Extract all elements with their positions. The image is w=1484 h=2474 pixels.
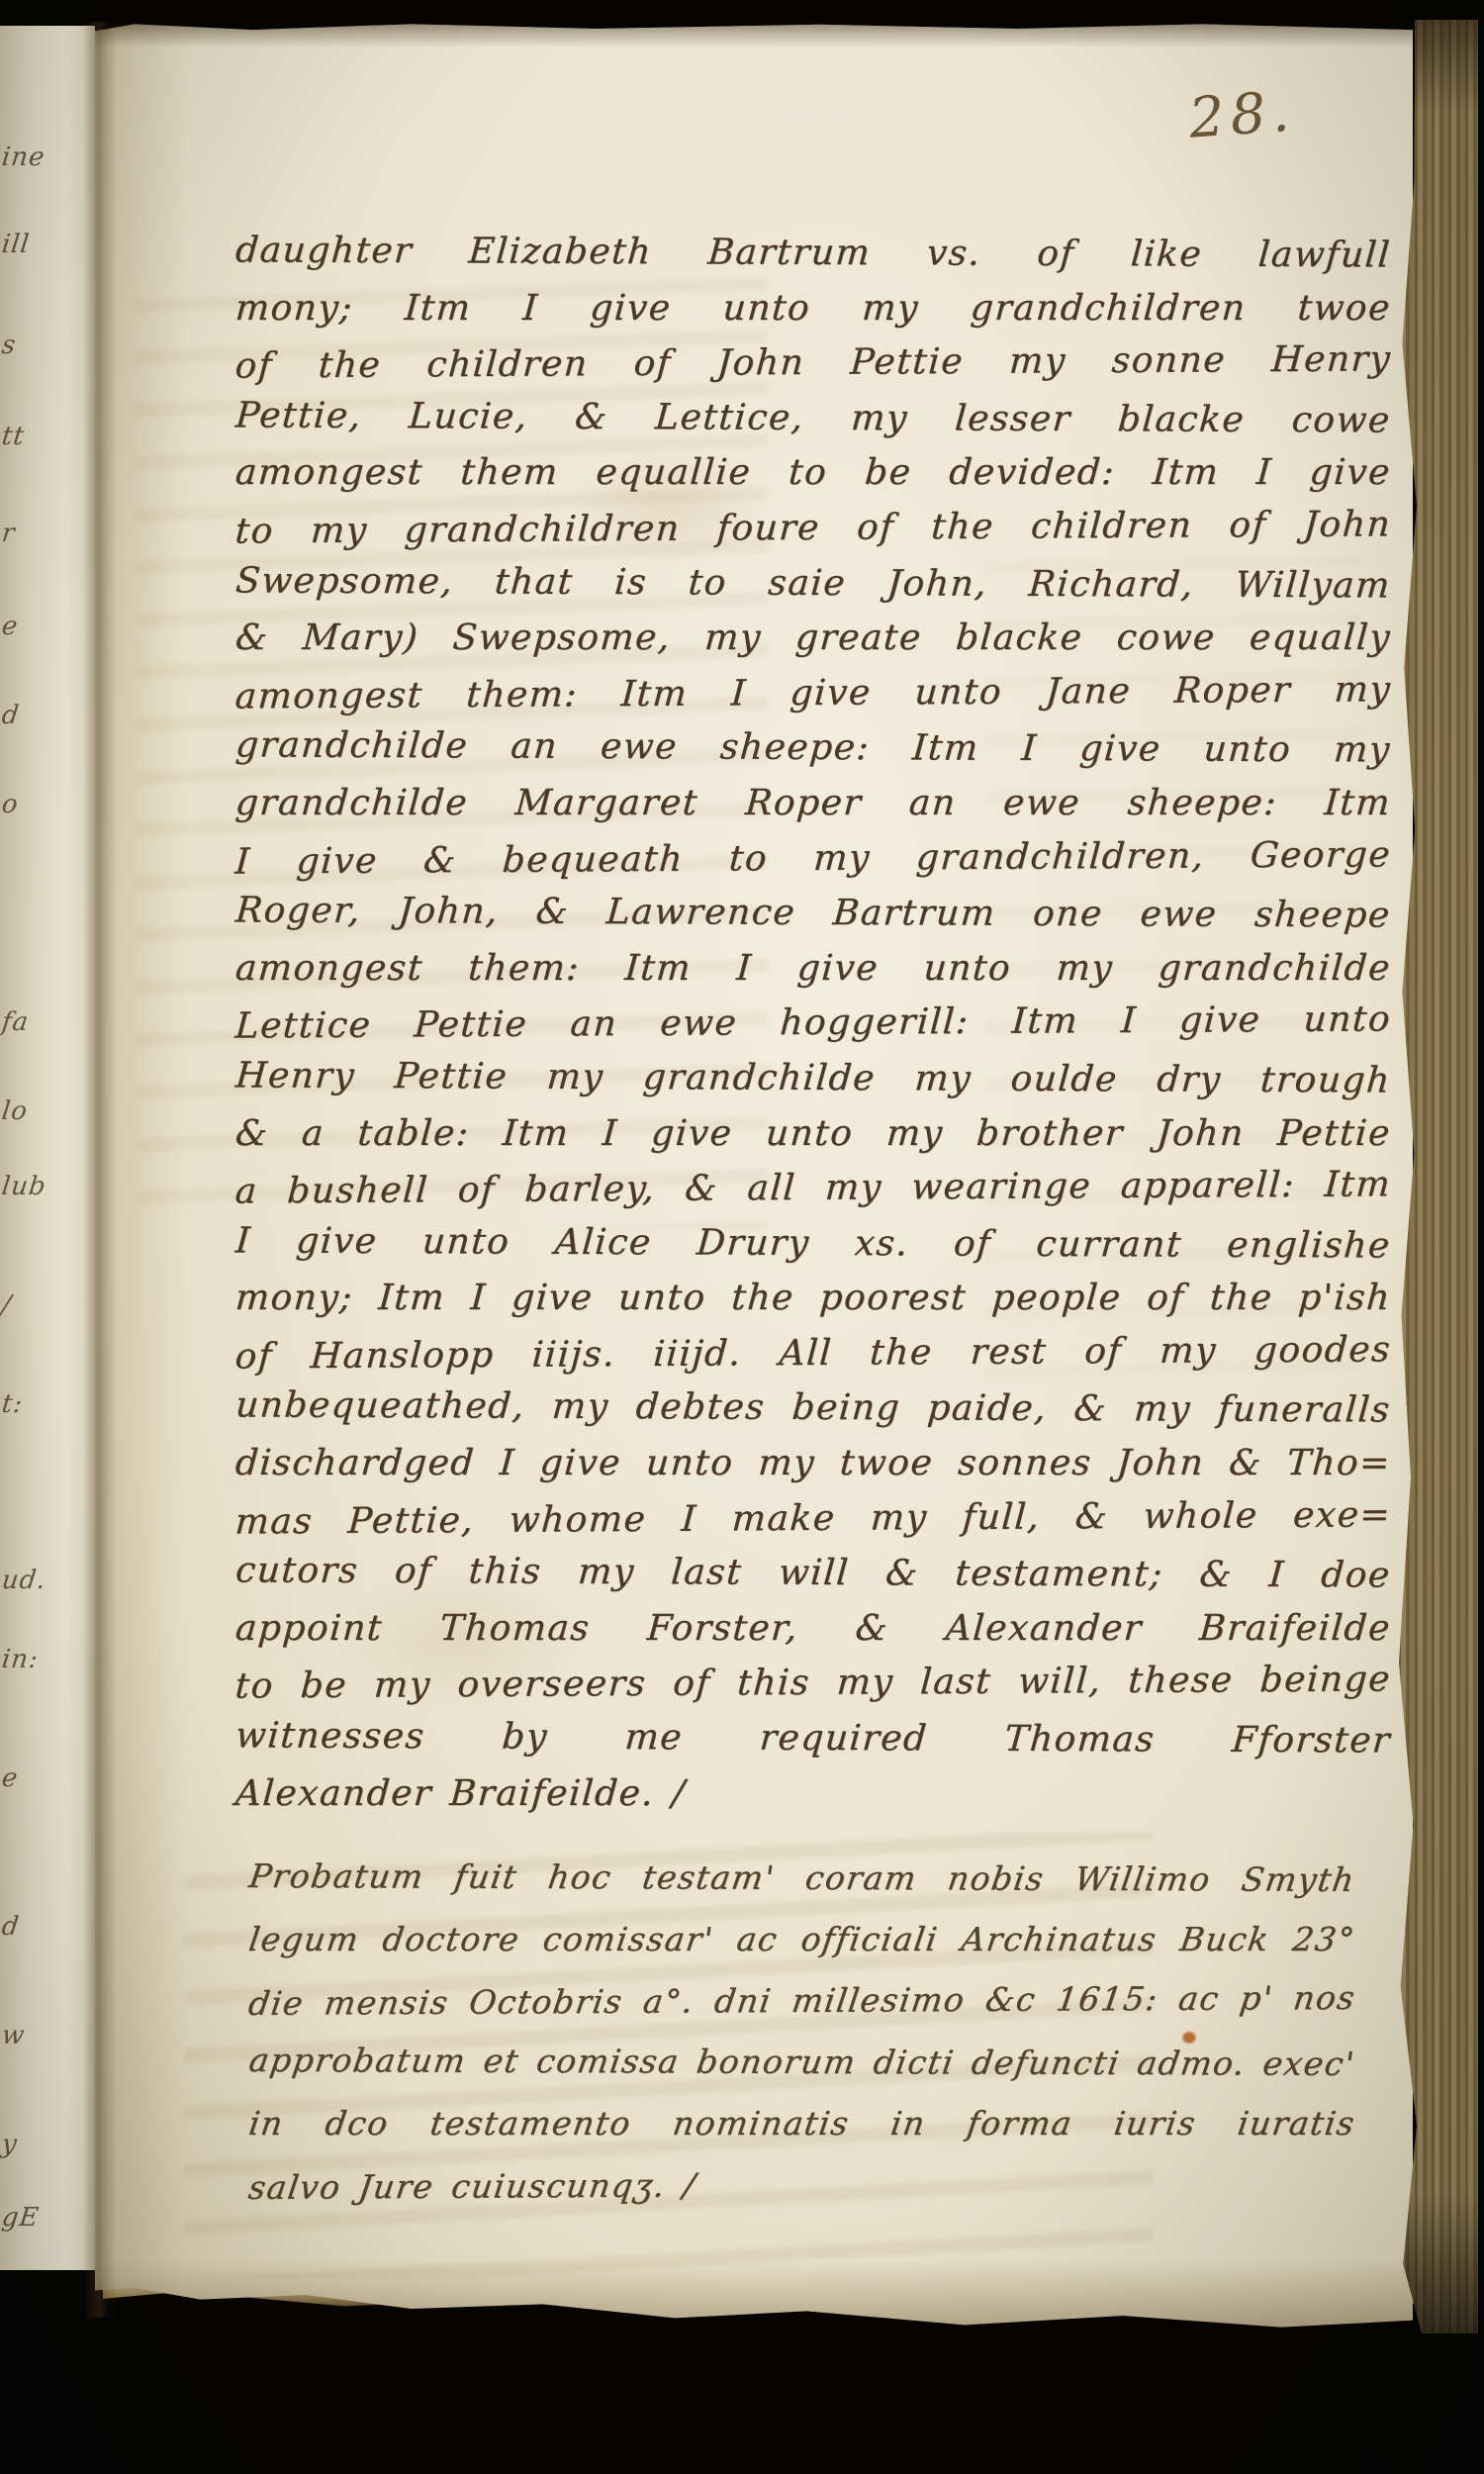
word: whome: [508, 1499, 647, 1541]
word: iiijd.: [652, 1334, 743, 1376]
word: comissa: [534, 2042, 683, 2081]
word: Lucie,: [408, 396, 530, 437]
word: defuncti: [970, 2043, 1123, 2082]
word: Henry: [1270, 339, 1393, 381]
word: greate: [794, 618, 924, 658]
word: John,: [397, 892, 500, 932]
word: the: [1209, 1279, 1274, 1319]
word: them: [459, 453, 560, 494]
word: dicti: [871, 2043, 957, 2081]
word: hoggerill:: [779, 1002, 971, 1044]
edge-text-fragment: lub: [0, 1172, 47, 1201]
word: doe: [1320, 1556, 1393, 1596]
word: to: [233, 1666, 275, 1707]
manuscript-line: appointThomasForster,&AlexanderBraifeild…: [233, 1601, 1393, 1657]
word: a: [301, 1113, 326, 1154]
word: give: [1308, 453, 1392, 494]
word: this: [736, 1664, 811, 1704]
word: Roper: [744, 783, 864, 823]
word: trough: [1259, 1060, 1393, 1101]
word: sheepe:: [1126, 783, 1278, 823]
word: &: [1228, 1443, 1263, 1483]
word: unto: [1302, 999, 1392, 1041]
word: grandchildren: [404, 509, 682, 551]
word: my: [551, 1387, 611, 1428]
manuscript-line: Swepsome,thatistosaieJohn,Richard,Willya…: [233, 553, 1393, 614]
word: ac: [1176, 1978, 1222, 2017]
manuscript-line: Igive&bequeathtomygrandchildren,George: [233, 827, 1393, 890]
word: et: [481, 2041, 521, 2079]
word: one: [1032, 894, 1105, 934]
word: rest: [969, 1332, 1048, 1373]
manuscript-line: HenryPettiemygrandchildemyouldedrytrough: [233, 1048, 1393, 1108]
word: Elizabeth: [467, 232, 653, 273]
word: debtes: [634, 1387, 767, 1429]
word: &: [684, 1169, 719, 1209]
word: my: [885, 1113, 945, 1154]
word: Smyth: [1239, 1859, 1357, 1898]
word: Bartrum: [706, 233, 873, 274]
manuscript-line: dischardgedIgiveuntomytwoesonnesJohn&Tho…: [233, 1436, 1393, 1491]
word: Lawrence: [604, 893, 796, 934]
word: ewe: [1139, 895, 1219, 935]
word: die: [246, 1983, 307, 2022]
word: 23°: [1290, 1920, 1357, 1958]
edge-text-fragment: tt: [0, 422, 27, 451]
word: make: [731, 1498, 837, 1540]
manuscript-page: 28. daughterElizabethBartrumvs.oflikelaw…: [95, 22, 1413, 2330]
word: All: [778, 1333, 833, 1374]
probate-line: indcotestamentonominatisinformaiurisiura…: [245, 2092, 1360, 2153]
page-bottom-shadow: [95, 2260, 1413, 2330]
word: last: [670, 1553, 744, 1593]
word: mony;: [234, 288, 355, 329]
probate-line: Probatumfuithoctestam'coramnobisWillimoS…: [245, 1845, 1359, 1910]
manuscript-line: mony;ItmIgiveuntomygrandchildrentwoe: [233, 281, 1393, 336]
word: the: [318, 345, 383, 386]
word: iiijs.: [530, 1334, 616, 1376]
word: testam': [640, 1857, 778, 1896]
word: wearinge: [910, 1167, 1093, 1208]
word: mas: [233, 1501, 314, 1542]
word: Itm: [377, 1279, 446, 1319]
word: Lettice: [233, 1005, 372, 1047]
word: in: [246, 2104, 286, 2142]
word: these: [1127, 1661, 1235, 1702]
word: give: [538, 1443, 622, 1483]
word: cuiuscunqʒ.: [449, 2165, 669, 2205]
word: Itm: [1323, 1165, 1392, 1205]
word: &: [534, 892, 571, 932]
word: bushell: [286, 1171, 429, 1212]
word: ewe: [659, 1003, 739, 1044]
word: &: [1073, 1496, 1109, 1537]
edge-text-fragment: /: [0, 1290, 13, 1320]
word: exe=: [1292, 1494, 1393, 1536]
manuscript-line: &atable:ItmIgiveuntomybrotherJohnPettie: [233, 1106, 1393, 1162]
word: bequeath: [501, 839, 685, 881]
word: I: [233, 841, 251, 882]
word: Itm: [1323, 783, 1392, 823]
page-number: 28.: [1187, 79, 1297, 150]
probate-line: salvoJurecuiuscunqʒ./: [244, 2150, 1359, 2218]
word: poorest: [818, 1279, 968, 1319]
word: I: [1120, 1001, 1138, 1042]
word: coram: [803, 1858, 920, 1897]
word: 1615:: [1055, 1979, 1161, 2019]
word: witnesses: [234, 1716, 427, 1758]
word: of: [1146, 1279, 1186, 1319]
word: Octobris: [467, 1981, 625, 2021]
edge-text-fragment: d: [0, 701, 21, 730]
word: the: [930, 507, 995, 547]
word: Pettie: [393, 1056, 510, 1096]
word: forma: [965, 2104, 1075, 2142]
word: Jure: [356, 2166, 436, 2205]
edge-text-fragment: gE: [0, 2203, 41, 2233]
word: I: [469, 1279, 488, 1319]
word: my: [1333, 669, 1392, 710]
manuscript-line: witnessesbymerequiredThomasFforster: [233, 1708, 1393, 1768]
word: my: [1159, 1331, 1218, 1372]
word: doctore: [380, 1920, 522, 1958]
word: I: [521, 288, 540, 329]
word: amongest: [234, 948, 425, 989]
word: Braifeilde.: [448, 1773, 655, 1814]
word: to: [233, 512, 275, 552]
word: foure: [715, 508, 821, 549]
word: dco: [323, 2104, 391, 2142]
word: of: [233, 346, 274, 387]
word: my: [836, 1663, 895, 1703]
word: an: [907, 783, 958, 823]
edge-text-fragment: d: [0, 1912, 21, 1942]
word: hoc: [546, 1857, 615, 1896]
edge-text-fragment: o: [0, 790, 20, 819]
word: fuit: [452, 1856, 520, 1895]
word: salvo: [246, 2167, 344, 2206]
word: /: [671, 1773, 688, 1814]
word: englishe: [1226, 1225, 1393, 1267]
edge-text-fragment: y: [0, 2130, 19, 2159]
word: unbequeathed,: [234, 1385, 527, 1427]
word: of: [632, 343, 673, 384]
word: by: [501, 1717, 549, 1758]
word: unto: [1202, 729, 1293, 770]
word: mensis: [323, 1982, 452, 2022]
word: Roger,: [234, 891, 363, 932]
word: unto: [765, 1113, 855, 1154]
word: testament;: [954, 1554, 1164, 1595]
manuscript-line: masPettie,whomeImakemyfull,&wholeexe=: [233, 1487, 1393, 1550]
word: give: [295, 841, 379, 883]
word: &: [234, 1113, 270, 1154]
word: my: [545, 1057, 605, 1097]
word: saie: [767, 563, 848, 604]
manuscript-line: &Mary)Swepsome,mygreateblackecoweequally: [233, 611, 1393, 666]
word: &c: [983, 1979, 1039, 2018]
word: Itm: [911, 728, 980, 769]
word: ac: [734, 1920, 781, 1958]
word: amongest: [233, 675, 423, 716]
word: ewe: [1002, 783, 1082, 823]
manuscript-line: grandchildeMargaretRoperanewesheepe:Itm: [233, 776, 1393, 831]
word: a: [233, 1172, 259, 1212]
word: them:: [465, 674, 579, 715]
word: beinge: [1258, 1660, 1392, 1701]
word: dni: [712, 1981, 775, 2020]
word: Alice: [553, 1222, 653, 1263]
word: blacke: [1116, 399, 1246, 440]
gutter-crease: [83, 22, 117, 2318]
manuscript-line: Roger,John,&LawrenceBartrumoneewesheepe: [233, 884, 1393, 944]
word: cutors: [234, 1551, 360, 1592]
word: I: [234, 1220, 253, 1261]
word: that: [494, 561, 576, 602]
word: I: [730, 673, 748, 714]
manuscript-line: tomygrandchildrenfoureofthechildrenofJoh…: [233, 497, 1393, 559]
manuscript-photo: ineillsttredofalolub/t:ud.in:edwygE 28. …: [0, 0, 1484, 2474]
word: a°.: [641, 1981, 696, 2020]
word: brother: [975, 1113, 1125, 1154]
word: &: [884, 1554, 921, 1594]
edge-text-fragment: ud.: [0, 1566, 47, 1595]
word: twoe: [839, 1443, 935, 1483]
word: Archinatus: [959, 1920, 1159, 1958]
word: my: [812, 837, 872, 878]
manuscript-line: mony;ItmIgiveuntothepoorestpeopleofthep'…: [233, 1271, 1393, 1326]
word: sheepe: [1253, 895, 1393, 936]
word: Itm: [502, 1113, 571, 1154]
manuscript-line: amongestthem:ItmIgiveuntoJaneRopermy: [233, 662, 1393, 724]
manuscript-line: amongestthem:ItmIgiveuntomygrandchilde: [233, 941, 1393, 997]
word: full,: [962, 1497, 1042, 1538]
word: Willyam: [1234, 565, 1392, 607]
word: give: [1078, 729, 1162, 770]
manuscript-line: Pettie,Lucie,&Lettice,mylesserblackecowe: [233, 388, 1393, 448]
word: twoe: [1296, 288, 1392, 329]
word: grandchilde: [234, 725, 470, 767]
word: my: [577, 1553, 637, 1593]
manuscript-line: AlexanderBraifeilde./: [233, 1766, 1393, 1822]
word: Roper: [1173, 670, 1293, 712]
word: apparell:: [1120, 1165, 1297, 1206]
word: millesimo: [789, 1980, 968, 2020]
word: sheepe:: [719, 727, 872, 769]
word: unto: [617, 1279, 707, 1319]
word: being: [790, 1388, 902, 1429]
word: lesser: [954, 399, 1072, 440]
manuscript-line: tobemyoverseersofthismylastwill,thesebei…: [233, 1653, 1393, 1715]
word: I: [602, 1113, 620, 1154]
manuscript-line: amongestthemequallietobedevided:ItmIgive: [233, 445, 1393, 501]
edge-text-fragment: t:: [0, 1389, 25, 1419]
word: ewe: [600, 727, 680, 768]
word: sonnes: [957, 1443, 1093, 1483]
manuscript-line: unbequeathed,mydebtesbeingpaide,&myfuner…: [233, 1379, 1393, 1439]
word: I: [1255, 453, 1274, 494]
manuscript-line: IgiveuntoAliceDruryxs.ofcurrantenglishe: [233, 1213, 1393, 1274]
page-top-shadow: [95, 22, 1413, 48]
manuscript-line: LetticePettieanewehoggerill:ItmIgiveunto: [233, 993, 1393, 1055]
word: unto: [645, 1443, 735, 1483]
word: my: [1008, 341, 1067, 382]
word: nos: [1291, 1978, 1358, 2017]
word: &: [1072, 1389, 1109, 1430]
probate-line: approbatumetcomissabonorumdictidefunctia…: [245, 2029, 1359, 2094]
word: Itm: [1011, 1001, 1080, 1042]
word: Pettie: [1276, 1113, 1393, 1154]
word: Fforster: [1231, 1720, 1393, 1761]
word: equally: [1249, 618, 1393, 658]
word: my: [310, 511, 369, 551]
word: this: [467, 1552, 543, 1592]
word: devided:: [948, 453, 1117, 494]
word: an: [569, 1004, 618, 1045]
word: to: [728, 838, 770, 879]
word: George: [1249, 834, 1392, 876]
word: oulde: [1009, 1059, 1119, 1099]
word: Thomas: [1003, 1719, 1157, 1760]
word: give: [650, 1113, 734, 1154]
word: Alexander: [234, 1773, 434, 1814]
word: cowe: [1115, 618, 1217, 658]
word: Swepsome,: [234, 560, 455, 602]
word: Lettice,: [654, 397, 806, 438]
word: Pettie,: [234, 396, 364, 437]
word: give: [589, 288, 673, 329]
word: them:: [467, 948, 582, 989]
word: overseers: [456, 1665, 647, 1706]
word: give: [788, 673, 873, 714]
word: Itm: [623, 948, 693, 989]
manuscript-line: daughterElizabethBartrumvs.oflikelawfull: [233, 223, 1393, 283]
edge-text-fragment: lo: [0, 1096, 30, 1126]
word: my: [913, 1059, 974, 1099]
word: legum: [246, 1920, 362, 1958]
edge-text-fragment: w: [0, 2021, 27, 2050]
word: John: [1302, 505, 1392, 546]
word: my: [1055, 948, 1114, 989]
word: &: [422, 840, 458, 881]
word: Henry: [234, 1056, 357, 1097]
edge-text-fragment: ill: [0, 230, 32, 259]
word: paide,: [926, 1388, 1049, 1430]
word: Swepsome,: [451, 618, 672, 658]
word: grandchildren,: [915, 835, 1206, 878]
word: of: [1036, 234, 1076, 274]
word: Richard,: [1027, 564, 1195, 606]
word: Forster,: [646, 1608, 800, 1649]
word: funeralls: [1217, 1390, 1393, 1432]
word: my: [870, 1497, 929, 1538]
word: grandchildren: [970, 288, 1248, 329]
word: Bartrum: [831, 894, 997, 935]
word: of: [394, 1552, 434, 1592]
word: of: [953, 1224, 993, 1265]
word: of: [233, 1337, 274, 1378]
word: /: [681, 2165, 698, 2204]
word: blacke: [955, 618, 1084, 658]
word: bonorum: [695, 2042, 859, 2081]
word: exec': [1260, 2044, 1357, 2082]
word: grandchilde: [1157, 948, 1392, 989]
probate-line: legumdoctorecomissar'acofficialiArchinat…: [245, 1908, 1360, 1969]
word: whole: [1142, 1495, 1259, 1537]
probate-line: diemensisOctobrisa°.dnimillesimo&c1615:a…: [244, 1966, 1359, 2034]
word: children: [425, 344, 590, 386]
word: an: [510, 726, 560, 767]
word: Hanslopp: [309, 1335, 495, 1377]
word: I: [1020, 729, 1039, 770]
manuscript-line: cutorsofthismylastwill&testament;&Idoe: [233, 1544, 1393, 1604]
word: Pettie,: [346, 1500, 475, 1542]
word: Alexander: [944, 1608, 1144, 1649]
word: my: [861, 288, 920, 329]
word: barley,: [523, 1169, 657, 1210]
word: Buck: [1177, 1920, 1271, 1958]
word: goodes: [1253, 1330, 1393, 1372]
word: p': [1238, 1978, 1276, 2017]
word: give: [1178, 1000, 1262, 1042]
word: testamento: [428, 2104, 634, 2142]
word: all: [746, 1168, 797, 1208]
word: my: [373, 1665, 432, 1706]
probate-clause-block: Probatumfuithoctestam'coramnobisWillimoS…: [249, 1847, 1355, 2215]
word: table:: [356, 1113, 471, 1154]
word: admo.: [1135, 2044, 1249, 2082]
word: equallie: [595, 453, 753, 494]
word: Braifeilde: [1198, 1608, 1393, 1649]
word: dischardged: [234, 1443, 477, 1483]
word: officiali: [798, 1920, 941, 1958]
word: Margaret: [513, 783, 699, 823]
word: daughter: [234, 231, 415, 272]
word: lawfull: [1256, 235, 1392, 276]
word: will,: [1017, 1662, 1103, 1703]
manuscript-line: grandchildeanewesheepe:ItmIgiveuntomy: [233, 718, 1393, 779]
word: of: [856, 508, 896, 548]
word: &: [234, 618, 270, 658]
word: currant: [1035, 1224, 1183, 1266]
edge-text-fragment: s: [0, 331, 18, 360]
word: the: [869, 1332, 934, 1373]
word: of: [672, 1664, 712, 1704]
word: give: [795, 948, 880, 989]
word: required: [758, 1718, 929, 1760]
word: nominatis: [671, 2104, 853, 2142]
word: Itm: [620, 674, 690, 714]
word: unto: [420, 1221, 511, 1262]
word: I: [1267, 1556, 1286, 1596]
word: iuratis: [1236, 2104, 1358, 2142]
word: me: [623, 1717, 684, 1758]
edge-text-fragment: e: [0, 1763, 20, 1793]
word: &: [1198, 1555, 1235, 1595]
word: of: [1228, 505, 1268, 545]
word: grandchilde: [641, 1057, 877, 1098]
word: my: [850, 398, 910, 438]
word: like: [1130, 235, 1204, 275]
word: Pettie: [849, 342, 965, 384]
word: I: [499, 1443, 517, 1483]
word: unto: [922, 948, 1012, 989]
word: my: [1333, 730, 1393, 771]
word: to: [788, 453, 829, 494]
word: Itm: [1152, 453, 1221, 494]
word: &: [854, 1608, 889, 1649]
word: cowe: [1290, 400, 1392, 440]
